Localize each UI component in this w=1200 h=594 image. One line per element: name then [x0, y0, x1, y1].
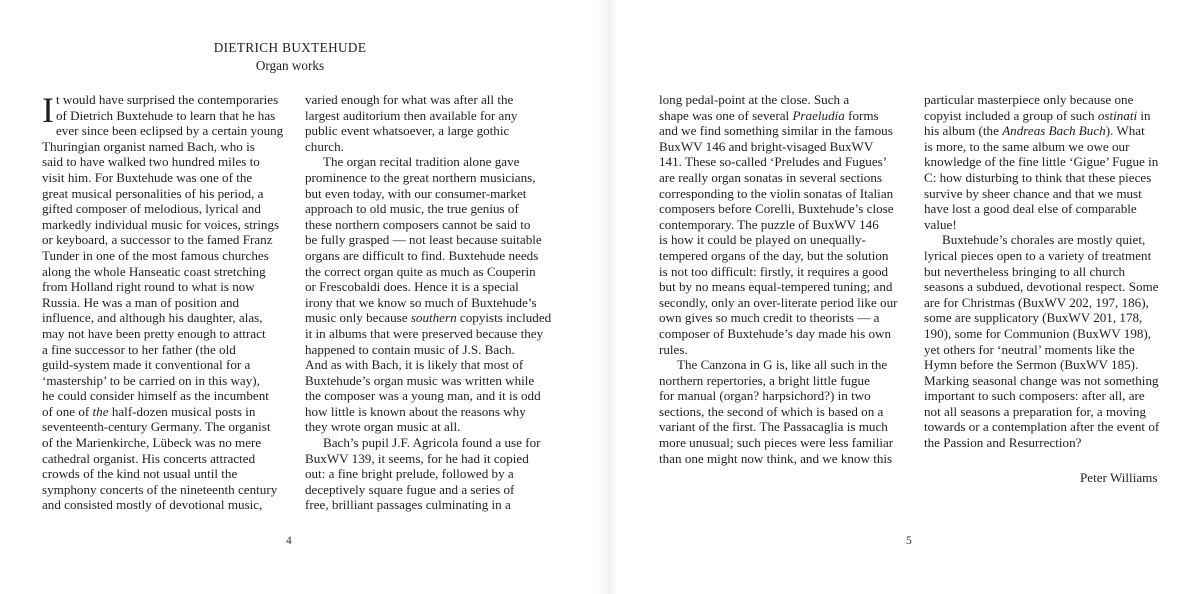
text-line: composer of Buxtehude’s day made his own	[659, 326, 909, 342]
text-line: of Dietrich Buxtehude to learn that he h…	[42, 108, 282, 124]
text-line: cathedral organist. His concerts attract…	[42, 451, 282, 467]
text-line: out: a fine bright prelude, followed by …	[305, 466, 550, 482]
text-line: crowds of the kind not usual until the	[42, 466, 282, 482]
text-line: Thuringian organist named Bach, who is	[42, 139, 282, 155]
text-line: of the Marienkirche, Lübeck was no mere	[42, 435, 282, 451]
text-line: church.	[305, 139, 550, 155]
text-line: of one of the half-dozen musical posts i…	[42, 404, 282, 420]
text-line: have lost a good deal else of comparable	[924, 201, 1174, 217]
text-line: t would have surprised the contemporarie…	[42, 92, 282, 108]
text-line: Bach’s pupil J.F. Agricola found a use f…	[305, 435, 550, 451]
text-line: is more, to the same album we owe our	[924, 139, 1174, 155]
text-line: or Frescobaldi does. Hence it is a speci…	[305, 279, 550, 295]
column-1: I t would have surprised the contemporar…	[42, 92, 282, 513]
text-line: it in albums that were preserved because…	[305, 326, 550, 342]
text-line: seventeenth-century Germany. The organis…	[42, 419, 282, 435]
text-line: The organ recital tradition alone gave	[305, 154, 550, 170]
page-header: DIETRICH BUXTEHUDE Organ works	[150, 39, 430, 75]
text-line: happened to contain music of J.S. Bach.	[305, 342, 550, 358]
text-line: public event whatsoever, a large gothic	[305, 123, 550, 139]
column-3: long pedal-point at the close. Such a sh…	[659, 92, 909, 466]
text-line: along the whole Hanseatic coast stretchi…	[42, 264, 282, 280]
text-line: the Passion and Resurrection?	[924, 435, 1174, 451]
text-line: great musical personalities of his perio…	[42, 186, 282, 202]
text-line: sections, the second of which is based o…	[659, 404, 909, 420]
text-line: yet others for ‘neutral’ moments like th…	[924, 342, 1174, 358]
text-line: ever since been eclipsed by a certain yo…	[42, 123, 282, 139]
text-line: markedly individual music for voices, st…	[42, 217, 282, 233]
text-line: composers before Corelli, Buxtehude’s cl…	[659, 201, 909, 217]
text-line: they wrote organ music at all.	[305, 419, 550, 435]
text-line: important to such composers: after all, …	[924, 388, 1174, 404]
composer-title: DIETRICH BUXTEHUDE	[150, 39, 430, 57]
text-line: and we find something similar in the fam…	[659, 123, 909, 139]
text-line: C: how disturbing to think that these pi…	[924, 170, 1174, 186]
text-line: Buxtehude’s chorales are mostly quiet,	[924, 232, 1174, 248]
text-line: The Canzona in G is, like all such in th…	[659, 357, 909, 373]
text-line: gifted composer of melodious, lyrical an…	[42, 201, 282, 217]
column-4: particular masterpiece only because one …	[924, 92, 1174, 451]
text-line: seasons a subdued, devotional respect. S…	[924, 279, 1174, 295]
text-line: Buxtehude’s organ music was written whil…	[305, 373, 550, 389]
text-line: but by no means equal-tempered tuning; a…	[659, 279, 909, 295]
text-line: ‘mastership’ to be carried on in this wa…	[42, 373, 282, 389]
text-line: secondly, only an over-literate period l…	[659, 295, 909, 311]
text-line: free, brilliant passages culminating in …	[305, 497, 550, 513]
text-line: variant of the first. The Passacaglia is…	[659, 419, 909, 435]
text-line: influence, and although his daughter, al…	[42, 310, 282, 326]
text-line: a fine successor to her father (the old	[42, 342, 282, 358]
text-line: may not have been pretty enough to attra…	[42, 326, 282, 342]
text-line: towards or a contemplation after the eve…	[924, 419, 1174, 435]
text-line: be fully grasped — not least because sui…	[305, 232, 550, 248]
text-line: his album (the Andreas Bach Buch). What	[924, 123, 1174, 139]
text-line: Marking seasonal change was not somethin…	[924, 373, 1174, 389]
page-gutter	[596, 0, 618, 594]
text-line: and consisted mostly of devotional music…	[42, 497, 282, 513]
text-line: but even today, with our consumer-market	[305, 186, 550, 202]
text-line: And as with Bach, it is likely that most…	[305, 357, 550, 373]
text-line: symphony concerts of the nineteenth cent…	[42, 482, 282, 498]
text-line: contemporary. The puzzle of BuxWV 146	[659, 217, 909, 233]
text-line: approach to old music, the true genius o…	[305, 201, 550, 217]
text-line: are for Christmas (BuxWV 202, 197, 186),	[924, 295, 1174, 311]
text-line: guild-system made it conventional for a	[42, 357, 282, 373]
text-line: corresponding to the violin sonatas of I…	[659, 186, 909, 202]
text-line: largest auditorium then available for an…	[305, 108, 550, 124]
text-line: or keyboard, a successor to the famed Fr…	[42, 232, 282, 248]
text-line: are really organ sonatas in several sect…	[659, 170, 909, 186]
text-line: for manual (organ? harpsichord?) in two	[659, 388, 909, 404]
text-line: knowledge of the fine little ‘Gigue’ Fug…	[924, 154, 1174, 170]
text-line: the composer was a young man, and it is …	[305, 388, 550, 404]
page-number-left: 4	[286, 535, 292, 547]
text-line: some are supplicatory (BuxWV 201, 178,	[924, 310, 1174, 326]
text-line: BuxWV 146 and bright-visaged BuxWV	[659, 139, 909, 155]
text-line: particular masterpiece only because one	[924, 92, 1174, 108]
text-line: than one might now think, and we know th…	[659, 451, 909, 467]
text-line: from Holland right round to what is now	[42, 279, 282, 295]
text-line: irony that we know so much of Buxtehude’…	[305, 295, 550, 311]
text-line: prominence to the great northern musicia…	[305, 170, 550, 186]
text-line: lyrical pieces open to a variety of trea…	[924, 248, 1174, 264]
text-line: is not too difficult: firstly, it requir…	[659, 264, 909, 280]
drop-cap: I	[42, 94, 54, 124]
text-line: but nevertheless bringing to all church	[924, 264, 1174, 280]
text-line: said to have walked two hundred miles to	[42, 154, 282, 170]
text-line: Tunder in one of the most famous churche…	[42, 248, 282, 264]
text-line: is how it could be played on unequally-	[659, 232, 909, 248]
text-line: copyist included a group of such ostinat…	[924, 108, 1174, 124]
text-line: more unusual; such pieces were less fami…	[659, 435, 909, 451]
page-number-right: 5	[906, 535, 912, 547]
column-2: varied enough for what was after all the…	[305, 92, 550, 513]
text-line: deceptively square fugue and a series of	[305, 482, 550, 498]
text-line: music only because southern copyists inc…	[305, 310, 550, 326]
text-line: Hymn before the Sermon (BuxWV 185).	[924, 357, 1174, 373]
text-line: varied enough for what was after all the	[305, 92, 550, 108]
subtitle: Organ works	[150, 57, 430, 75]
text-line: tempered organs of the day, but the solu…	[659, 248, 909, 264]
text-line: survive by sheer chance and that we must	[924, 186, 1174, 202]
text-line: he could consider himself as the incumbe…	[42, 388, 282, 404]
text-line: value!	[924, 217, 1174, 233]
text-line: BuxWV 139, it seems, for he had it copie…	[305, 451, 550, 467]
booklet-spread: DIETRICH BUXTEHUDE Organ works I t would…	[0, 0, 1200, 594]
text-line: how little is known about the reasons wh…	[305, 404, 550, 420]
text-line: northern repertories, a bright little fu…	[659, 373, 909, 389]
text-line: shape was one of several Praeludia forms	[659, 108, 909, 124]
text-line: the correct organ quite as much as Coupe…	[305, 264, 550, 280]
text-line: visit him. For Buxtehude was one of the	[42, 170, 282, 186]
text-line: these northern composers cannot be said …	[305, 217, 550, 233]
text-line: long pedal-point at the close. Such a	[659, 92, 909, 108]
text-line: organs are difficult to find. Buxtehude …	[305, 248, 550, 264]
author-signature: Peter Williams	[1080, 470, 1157, 486]
text-line: own gives so much credit to theorists — …	[659, 310, 909, 326]
text-line: rules.	[659, 342, 909, 358]
text-line: 190), some for Communion (BuxWV 198),	[924, 326, 1174, 342]
text-line: Russia. He was a man of position and	[42, 295, 282, 311]
text-line: 141. These so-called ‘Preludes and Fugue…	[659, 154, 909, 170]
text-line: not all seasons a preparation for, a mov…	[924, 404, 1174, 420]
